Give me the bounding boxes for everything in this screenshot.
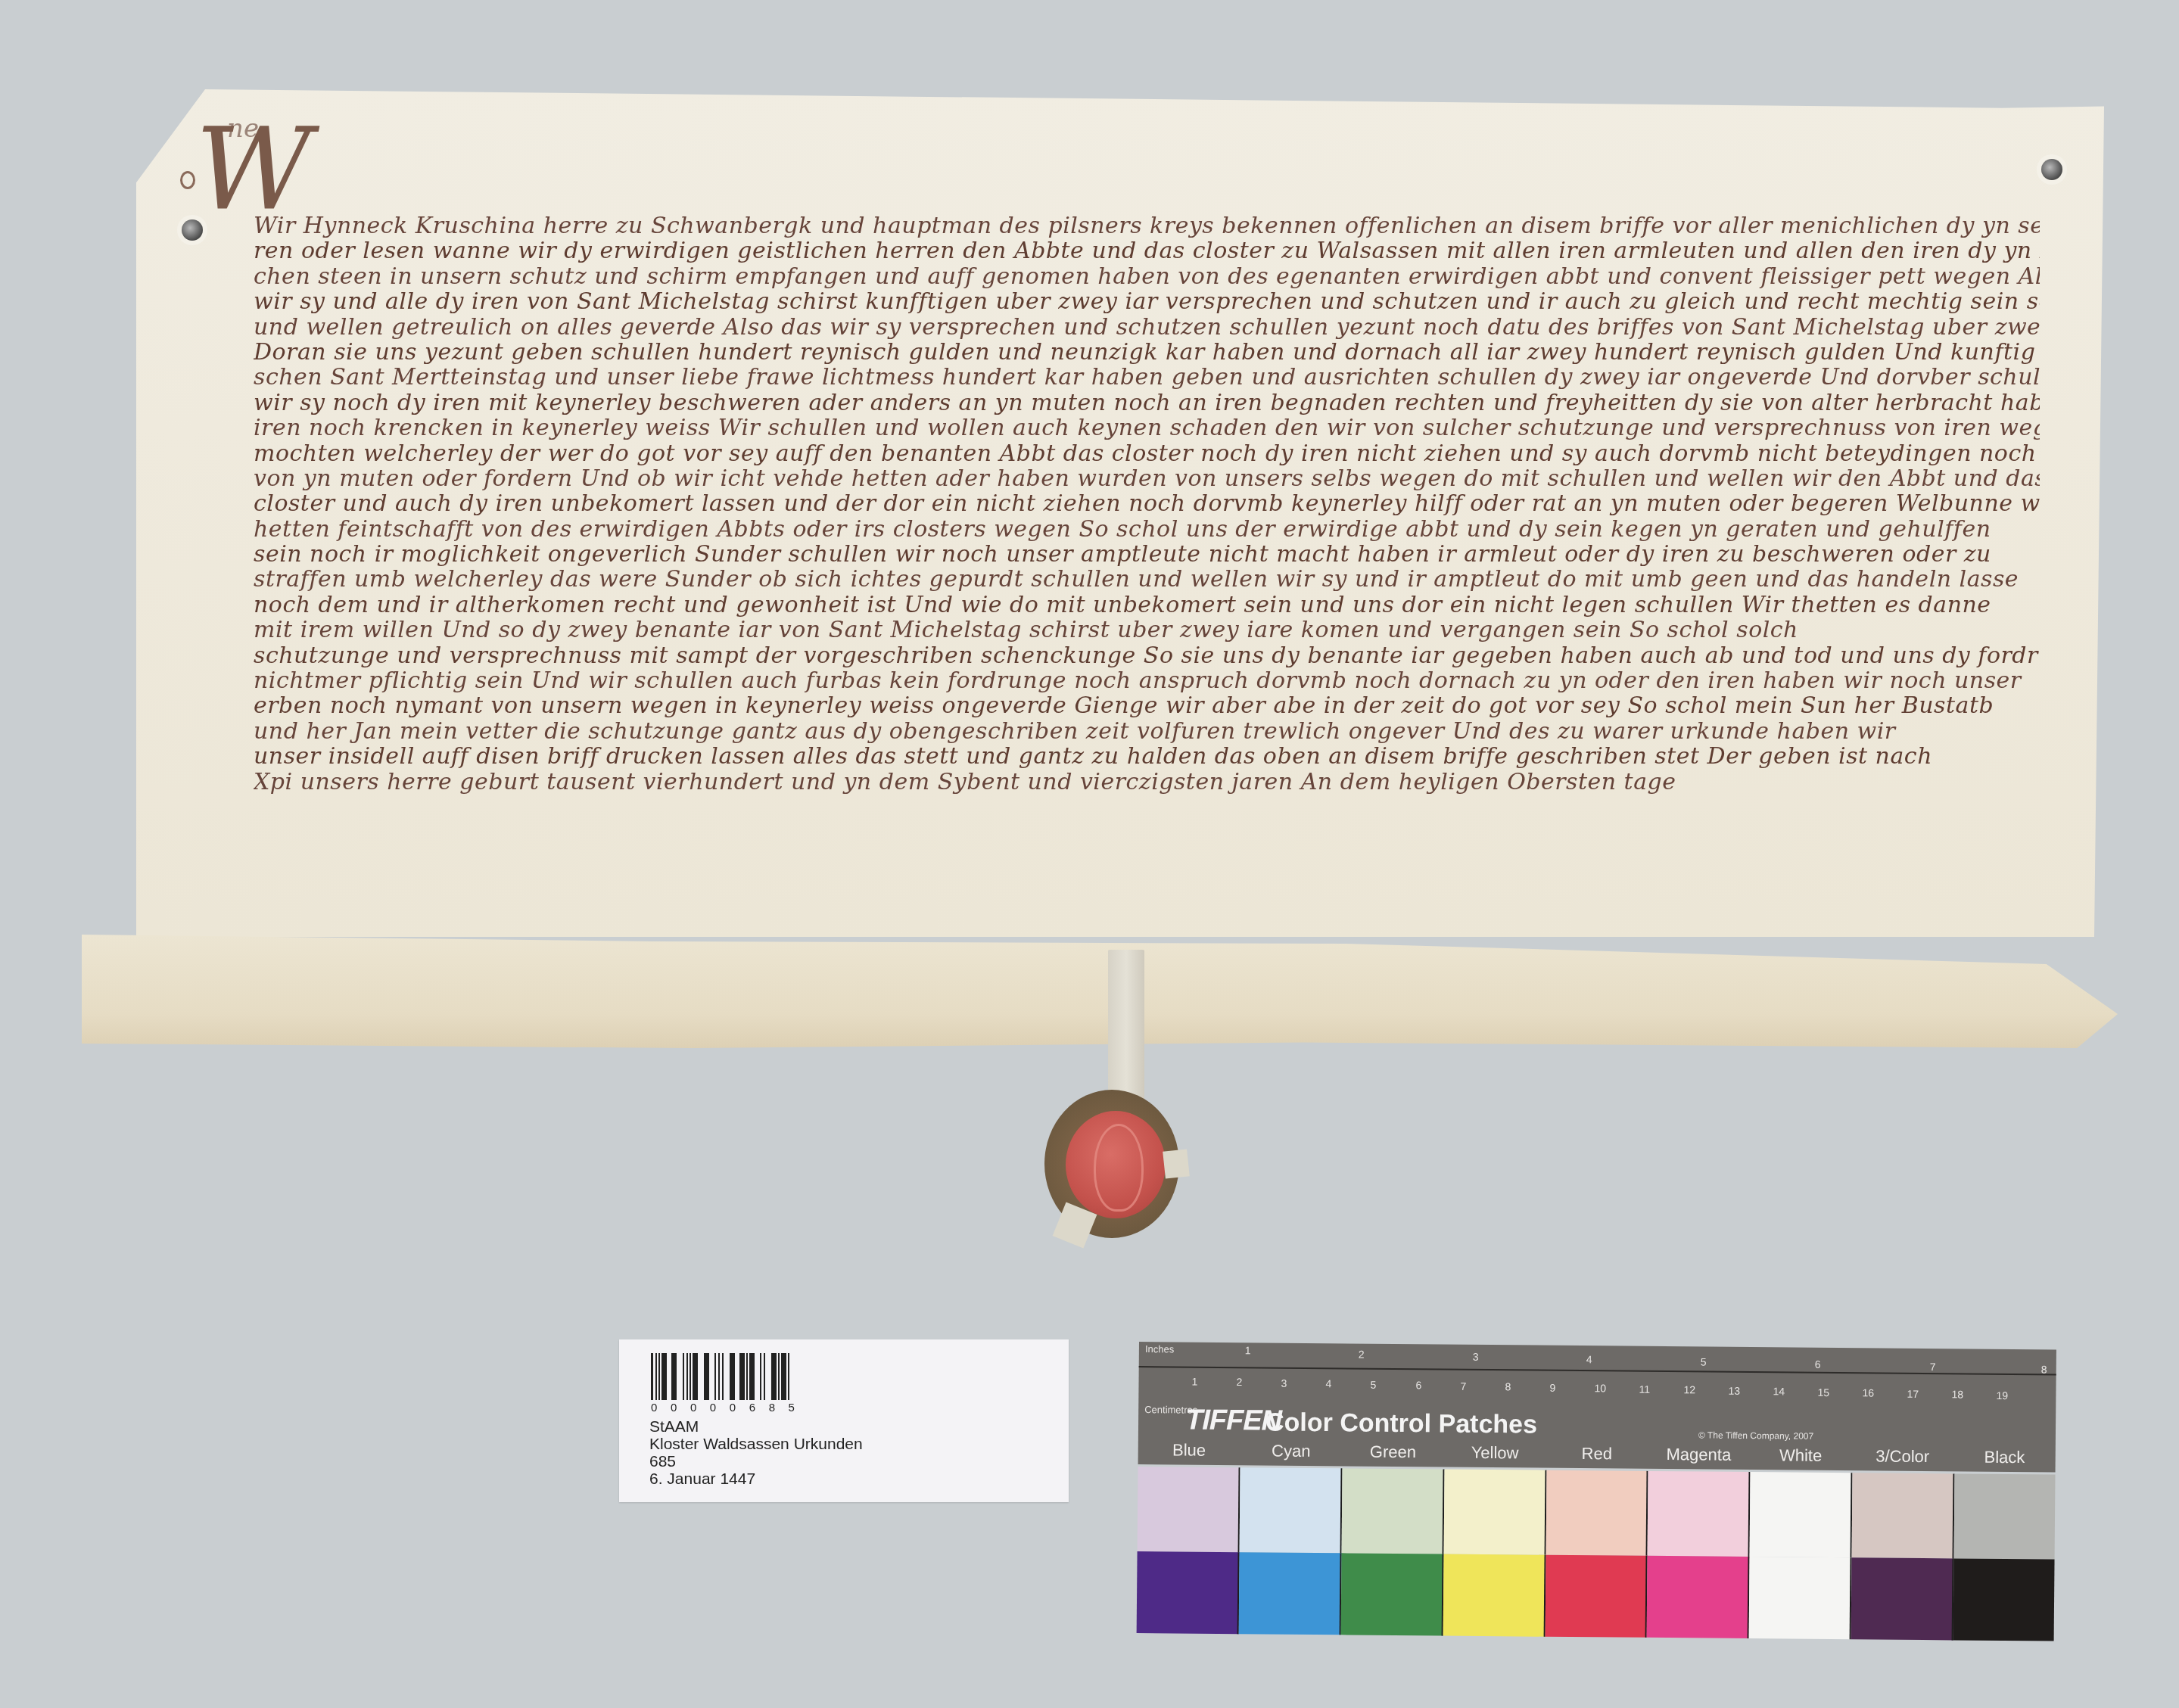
text-line: von yn muten oder fordern Und ob wir ich… bbox=[254, 466, 2040, 491]
patch-label-3color: 3/Color bbox=[1851, 1446, 1953, 1467]
patch-3color-light bbox=[1852, 1473, 1955, 1558]
item-date: 6. Januar 1447 bbox=[649, 1470, 863, 1488]
patch-label-green: Green bbox=[1342, 1442, 1444, 1462]
patch-blue-dark bbox=[1137, 1551, 1240, 1634]
text-line: wir sy und alle dy iren von Sant Michels… bbox=[254, 289, 2040, 314]
text-line: straffen umb welcherley das were Sunder … bbox=[254, 567, 2040, 592]
cm-tick: 11 bbox=[1639, 1383, 1650, 1395]
cm-ruler: 1 2 3 4 5 6 7 8 9 10 11 12 13 14 15 16 1… bbox=[1138, 1366, 2056, 1408]
patch-cyan-dark bbox=[1239, 1552, 1342, 1635]
barcode-digit: 0 bbox=[671, 1402, 677, 1414]
archive-label: 0 0 0 0 0 6 8 5 StAAM Kloster Waldsassen… bbox=[619, 1339, 1069, 1502]
cm-tick: 16 bbox=[1862, 1386, 1874, 1398]
barcode-digit: 0 bbox=[690, 1402, 696, 1414]
text-line: erben noch nymant von unsern wegen in ke… bbox=[254, 693, 2040, 718]
patch-red-dark bbox=[1545, 1555, 1648, 1638]
barcode-digit: 8 bbox=[769, 1402, 775, 1414]
seal-figure-icon bbox=[1094, 1124, 1144, 1212]
seal-strap-end bbox=[1163, 1149, 1190, 1178]
inches-label: Inches bbox=[1145, 1343, 1174, 1355]
patch-label-cyan: Cyan bbox=[1240, 1441, 1342, 1461]
patch-3color-dark bbox=[1851, 1557, 1954, 1640]
mounting-pin-icon-right bbox=[2041, 159, 2062, 180]
patch-white-light bbox=[1750, 1472, 1853, 1557]
cm-tick: 9 bbox=[1549, 1382, 1555, 1394]
cm-tick: 13 bbox=[1728, 1385, 1740, 1397]
patch-label-blue: Blue bbox=[1138, 1440, 1240, 1461]
inch-tick: 4 bbox=[1586, 1353, 1592, 1365]
patch-cyan-light bbox=[1239, 1467, 1342, 1553]
patch-red-light bbox=[1546, 1470, 1648, 1556]
cm-tick: 1 bbox=[1191, 1376, 1197, 1388]
cm-tick: 10 bbox=[1594, 1382, 1606, 1394]
patch-white-dark bbox=[1749, 1557, 1852, 1639]
patch-green-dark bbox=[1340, 1553, 1443, 1635]
chart-title: Color Control Patches bbox=[1265, 1408, 1537, 1439]
text-line: hetten feintschafft von des erwirdigen A… bbox=[254, 517, 2040, 542]
cm-tick: 2 bbox=[1236, 1376, 1242, 1388]
text-line: und her Jan mein vetter die schutzunge g… bbox=[254, 719, 2040, 744]
patch-black-dark bbox=[1953, 1558, 2055, 1641]
text-line: noch dem und ir altherkomen recht und ge… bbox=[254, 593, 2040, 618]
text-line: chen steen in unsern schutz und schirm e… bbox=[254, 264, 2040, 289]
inch-tick: 6 bbox=[1815, 1358, 1821, 1370]
text-line: wir sy noch dy iren mit keynerley beschw… bbox=[254, 390, 2040, 415]
barcode-digit: 6 bbox=[749, 1402, 755, 1414]
text-line: schutzunge und versprechnuss mit sampt d… bbox=[254, 643, 2040, 668]
text-line: Xpi unsers herre geburt tausent vierhund… bbox=[254, 770, 2040, 795]
patch-label-yellow: Yellow bbox=[1444, 1443, 1546, 1464]
cm-tick: 15 bbox=[1817, 1386, 1829, 1398]
barcode-number: 0 0 0 0 0 6 8 5 bbox=[651, 1402, 795, 1414]
cm-tick: 17 bbox=[1907, 1388, 1919, 1400]
barcode-digit: 0 bbox=[730, 1402, 736, 1414]
cm-tick: 14 bbox=[1773, 1385, 1785, 1397]
patch-label-magenta: Magenta bbox=[1648, 1445, 1750, 1465]
chart-header: Inches 1 2 3 4 5 6 7 8 1 2 3 4 5 6 7 8 9… bbox=[1138, 1342, 2056, 1473]
cm-tick: 18 bbox=[1951, 1388, 1963, 1400]
patch-label-black: Black bbox=[1953, 1447, 2056, 1467]
patch-blue-light bbox=[1138, 1467, 1240, 1552]
chart-copyright: © The Tiffen Company, 2007 bbox=[1698, 1430, 1813, 1441]
cm-tick: 7 bbox=[1460, 1380, 1466, 1392]
margin-mark bbox=[180, 171, 195, 189]
patch-black-light bbox=[1954, 1473, 2056, 1559]
cm-tick: 12 bbox=[1683, 1383, 1695, 1395]
text-line: Wir Hynneck Kruschina herre zu Schwanber… bbox=[254, 213, 2040, 238]
inch-tick: 2 bbox=[1359, 1349, 1365, 1361]
patch-magenta-dark bbox=[1647, 1556, 1750, 1638]
text-line: nichtmer pflichtig sein Und wir schullen… bbox=[254, 668, 2040, 693]
cm-tick: 8 bbox=[1505, 1380, 1511, 1392]
patch-label-white: White bbox=[1750, 1445, 1852, 1466]
collection-name: Kloster Waldsassen Urkunden bbox=[649, 1436, 863, 1453]
cm-tick: 19 bbox=[1996, 1389, 2008, 1402]
patch-magenta-light bbox=[1648, 1471, 1751, 1557]
text-line: mochten welcherley der wer do got vor se… bbox=[254, 441, 2040, 466]
text-line: Doran sie uns yezunt geben schullen hund… bbox=[254, 340, 2040, 365]
light-patch-row bbox=[1138, 1467, 2056, 1560]
text-line: iren noch krencken in keynerley weiss Wi… bbox=[254, 415, 2040, 440]
inch-tick: 1 bbox=[1245, 1344, 1251, 1356]
patch-green-light bbox=[1341, 1468, 1444, 1554]
barcode-icon bbox=[651, 1353, 789, 1400]
dark-patch-row bbox=[1137, 1551, 2055, 1641]
text-line: closter und auch dy iren unbekomert lass… bbox=[254, 491, 2040, 516]
inch-tick: 7 bbox=[1930, 1361, 1936, 1373]
text-line: schen Sant Mertteinstag und unser liebe … bbox=[254, 365, 2040, 390]
patch-yellow-light bbox=[1443, 1470, 1546, 1555]
charter-text: Wir Hynneck Kruschina herre zu Schwanber… bbox=[254, 213, 2040, 795]
cm-tick: 6 bbox=[1415, 1379, 1421, 1391]
text-line: ren oder lesen wanne wir dy erwirdigen g… bbox=[254, 238, 2040, 263]
patch-labels: Blue Cyan Green Yellow Red Magenta White… bbox=[1138, 1440, 2056, 1468]
barcode-digit: 0 bbox=[651, 1402, 657, 1414]
charter-fold-flap bbox=[82, 935, 2118, 1048]
patch-label-red: Red bbox=[1546, 1444, 1648, 1464]
barcode-digit: 5 bbox=[789, 1402, 795, 1414]
color-control-chart: Inches 1 2 3 4 5 6 7 8 1 2 3 4 5 6 7 8 9… bbox=[1137, 1342, 2056, 1641]
inch-tick: 5 bbox=[1701, 1355, 1707, 1367]
item-number: 685 bbox=[649, 1453, 863, 1470]
cm-tick: 3 bbox=[1281, 1377, 1287, 1389]
archive-name: StAAM bbox=[649, 1418, 863, 1436]
inch-tick: 3 bbox=[1473, 1351, 1479, 1363]
cm-tick: 4 bbox=[1325, 1377, 1331, 1389]
barcode-digit: 0 bbox=[710, 1402, 716, 1414]
text-line: und wellen getreulich on alles geverde A… bbox=[254, 315, 2040, 340]
text-line: unser insidell auff disen briff drucken … bbox=[254, 744, 2040, 769]
patch-yellow-dark bbox=[1443, 1554, 1546, 1637]
text-line: sein noch ir moglichkeit ongeverlich Sun… bbox=[254, 542, 2040, 567]
cm-tick: 5 bbox=[1370, 1379, 1376, 1391]
text-line: mit irem willen Und so dy zwey benante i… bbox=[254, 618, 2040, 642]
